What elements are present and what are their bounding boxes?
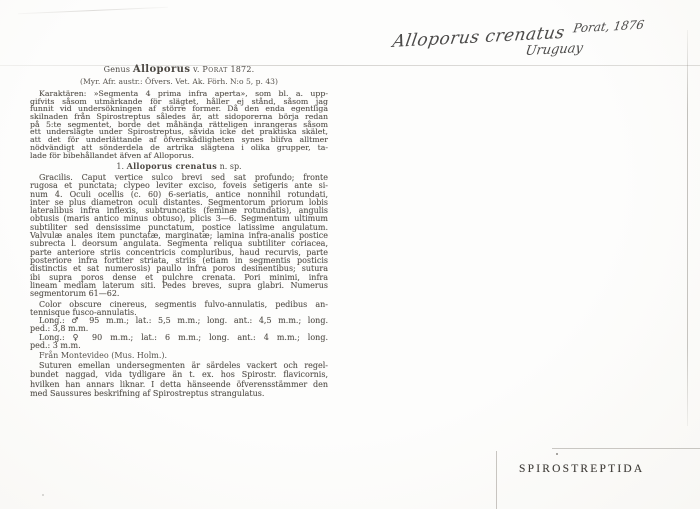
text-line: bundet naggad, vida tydligare än t. ex. … — [30, 370, 328, 379]
text-line: lade för bibehållandet äfven af Alloporu… — [30, 152, 328, 160]
species-number: 1. — [116, 162, 124, 171]
locality-line: Från Montevideo (Mus. Holm.). — [30, 351, 328, 360]
genus-year: 1872. — [230, 65, 254, 74]
label-slip-top-edge — [552, 448, 700, 449]
female-measurements: Long.: ♀ 90 m.m.; lat.: 6 m.m.; long. an… — [30, 334, 328, 351]
page-edge-line-right — [687, 30, 688, 426]
text-line: segmentorum 61—62. — [30, 290, 328, 298]
genus-connector: v. — [193, 65, 200, 74]
text-line: med Saussures beskrifning af Spirostrept… — [30, 389, 328, 398]
handwritten-author-year: Porat, 1876 — [572, 18, 645, 36]
description-paragraph: Gracilis. Caput vertice sulco brevi sed … — [30, 174, 328, 298]
intro-paragraph: Karaktären: »Segmenta 4 prima infra aper… — [30, 90, 328, 159]
remarks-paragraph: Suturen emellan undersegmenten är särdel… — [30, 361, 328, 399]
text-line: hvilken han annars liknar. I detta hänse… — [30, 380, 328, 389]
reference-line: (Myr. Afr. austr.: Öfvers. Vet. Ak. Förh… — [22, 77, 336, 86]
genus-author: Porat — [202, 65, 227, 74]
scan-scratch-line — [18, 7, 168, 15]
species-suffix: n. sp. — [220, 162, 242, 171]
text-line: Suturen emellan undersegmenten är särdel… — [30, 361, 328, 370]
family-label: SPIROSTREPTIDA — [519, 463, 644, 475]
label-slip-left-edge — [496, 451, 497, 509]
scanned-document-page: Genus Alloporus v. Porat 1872. (Myr. Afr… — [0, 0, 700, 509]
text-line: ped.: 3 m.m. — [30, 342, 328, 350]
species-heading: 1. Alloporus crenatus n. sp. — [22, 161, 336, 171]
species-name: Alloporus crenatus — [127, 161, 217, 171]
genus-prefix: Genus — [104, 65, 131, 74]
handwritten-annotation: Alloporus crenatus Porat, 1876 Uruguay — [392, 16, 693, 66]
genus-name: Alloporus — [133, 64, 190, 75]
genus-heading: Genus Alloporus v. Porat 1872. — [22, 64, 336, 75]
male-measurements: Long.: ♂ 95 m.m.; lat.: 5,5 m.m.; long. … — [30, 317, 328, 334]
ink-speck — [42, 494, 44, 496]
ink-speck — [556, 453, 558, 455]
